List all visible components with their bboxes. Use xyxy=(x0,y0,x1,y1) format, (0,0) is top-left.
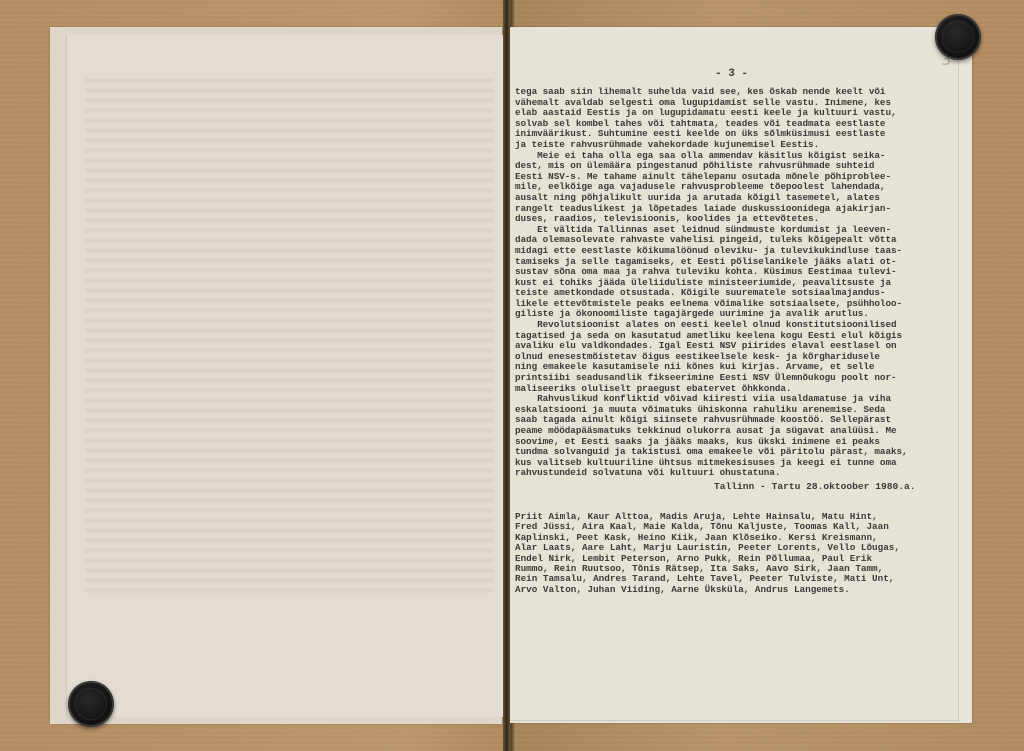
show-through-text xyxy=(85,75,493,597)
paragraph: tega saab siin lihemalt suhelda vaid see… xyxy=(515,87,963,151)
text-line: ausalt ning põhjalikult uurida ja arutad… xyxy=(515,193,963,204)
body-text: tega saab siin lihemalt suhelda vaid see… xyxy=(515,87,963,479)
paragraph: Revolutsioonist alates on eesti keelel o… xyxy=(515,320,963,394)
paragraph: Rahvuslikud konfliktid võivad kiiresti v… xyxy=(515,394,963,479)
text-line: tega saab siin lihemalt suhelda vaid see… xyxy=(515,87,963,98)
magnet-bottom-left xyxy=(68,681,114,727)
page-number: - 3 - xyxy=(715,68,748,80)
left-page-blank-verso xyxy=(66,35,507,717)
magnet-top-right xyxy=(935,14,981,60)
paragraph: Et vältida Tallinnas aset leidnud sündmu… xyxy=(515,225,963,320)
text-line: ja teiste rahvusrühmade vahekordade kuju… xyxy=(515,140,963,151)
book-fold xyxy=(503,0,510,751)
signatories-line: Arvo Valton, Juhan Viiding, Aarne Ükskül… xyxy=(515,585,900,595)
place-and-date: Tallinn - Tartu 28.oktoober 1980.a. xyxy=(714,481,916,492)
paragraph: Meie ei taha olla ega saa olla ammendav … xyxy=(515,151,963,225)
right-page: - 3 - 3 tega saab siin lihemalt suhelda … xyxy=(510,30,959,721)
text-line: rahvustundeid solvatuna või kultuuri ohu… xyxy=(515,468,963,479)
signatories-list: Priit Aimla, Kaur Alttoa, Madis Aruja, L… xyxy=(515,512,900,595)
text-line: peame möödapääsmatuks tekkinud olukorra … xyxy=(515,426,963,437)
text-line: midagi ette eestlaste kõikumalöönud olev… xyxy=(515,246,963,257)
